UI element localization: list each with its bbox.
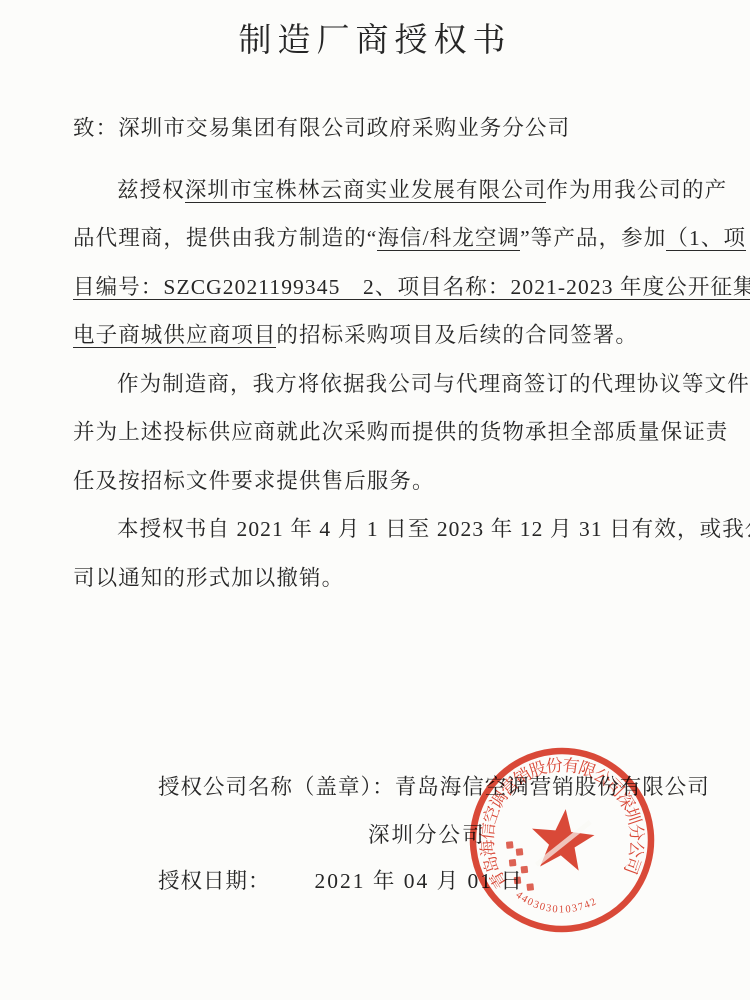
text-segment: 任及按招标文件要求提供售后服务。 xyxy=(73,469,435,493)
seal-ink-void xyxy=(533,822,595,865)
document-body: 致：深圳市交易集团有限公司政府采购业务分公司 兹授权深圳市宝株林云商实业发展有限… xyxy=(73,104,723,602)
text-segment: 作为用我公司的产 xyxy=(546,178,727,202)
body-line: 并为上述投标供应商就此次采购而提供的货物承担全部质量保证责 xyxy=(73,408,723,457)
company-name: 青岛海信空调营销股份有限公司 xyxy=(395,775,710,799)
scanned-document-page: 制造厂商授权书 致：深圳市交易集团有限公司政府采购业务分公司 兹授权深圳市宝株林… xyxy=(0,0,750,1000)
body-line: 本授权书自 2021 年 4 月 1 日至 2023 年 12 月 31 日有效… xyxy=(73,505,723,554)
signature-branch-line: 深圳分公司 xyxy=(368,818,486,849)
body-line: 品代理商，提供由我方制造的“海信/科龙空调”等产品，参加（1、项 xyxy=(73,214,723,263)
text-segment: 兹授权 xyxy=(117,178,185,202)
body-line: 目编号：SZCG2021199345 2、项目名称：2021-2023 年度公开… xyxy=(73,263,723,312)
seal-ring-char: 圳 xyxy=(621,805,644,827)
underlined-text: 电子商城供应商项目 xyxy=(73,323,276,348)
company-label: 授权公司名称（盖章）： xyxy=(158,775,395,799)
seal-ring-char: 分 xyxy=(626,823,647,842)
date-label: 授权日期： xyxy=(158,869,271,893)
document-title: 制造厂商授权书 xyxy=(0,14,750,61)
signature-date-line: 授权日期：2021 年 04 月 01 日 xyxy=(158,864,524,895)
signature-company-line: 授权公司名称（盖章）：青岛海信空调营销股份有限公司 xyxy=(158,770,710,801)
underlined-text: （1、项 xyxy=(666,226,746,251)
text-segment: 本授权书自 2021 年 4 月 1 日至 2023 年 12 月 31 日有效… xyxy=(117,517,750,541)
text-segment: 的招标采购项目及后续的合同签署。 xyxy=(276,323,638,347)
seal-star-icon xyxy=(530,806,598,875)
text-segment: ”等产品，参加 xyxy=(520,226,666,250)
underlined-text: 目编号：SZCG2021199345 2、项目名称：2021-2023 年度公开… xyxy=(73,275,750,300)
body-paragraphs: 兹授权深圳市宝株林云商实业发展有限公司作为用我公司的产品代理商，提供由我方制造的… xyxy=(73,166,723,603)
underlined-text: 深圳市宝株林云商实业发展有限公司 xyxy=(185,178,547,203)
body-line: 作为制造商，我方将依据我公司与代理商签订的代理协议等文件， xyxy=(73,360,723,409)
text-segment: 并为上述投标供应商就此次采购而提供的货物承担全部质量保证责 xyxy=(73,420,728,444)
text-segment: 品代理商，提供由我方制造的“ xyxy=(73,226,377,250)
date-value: 2021 年 04 月 01 日 xyxy=(315,869,524,893)
body-line: 兹授权深圳市宝株林云商实业发展有限公司作为用我公司的产 xyxy=(73,166,723,215)
body-line: 电子商城供应商项目的招标采购项目及后续的合同签署。 xyxy=(73,311,723,360)
body-line: 司以通知的形式加以撤销。 xyxy=(73,554,723,603)
underlined-text: 海信/科龙空调 xyxy=(377,226,520,251)
seal-number-path xyxy=(512,882,624,918)
seal-serial-number: 4403030103742 xyxy=(513,882,600,921)
text-segment: 司以通知的形式加以撤销。 xyxy=(73,566,344,590)
seal-ring-char: 公 xyxy=(625,840,646,859)
salutation-line: 致：深圳市交易集团有限公司政府采购业务分公司 xyxy=(73,104,723,153)
text-segment: 作为制造商，我方将依据我公司与代理商签订的代理协议等文件， xyxy=(117,372,750,396)
body-line: 任及按招标文件要求提供售后服务。 xyxy=(73,457,723,506)
seal-ring-char: 司 xyxy=(620,854,644,876)
